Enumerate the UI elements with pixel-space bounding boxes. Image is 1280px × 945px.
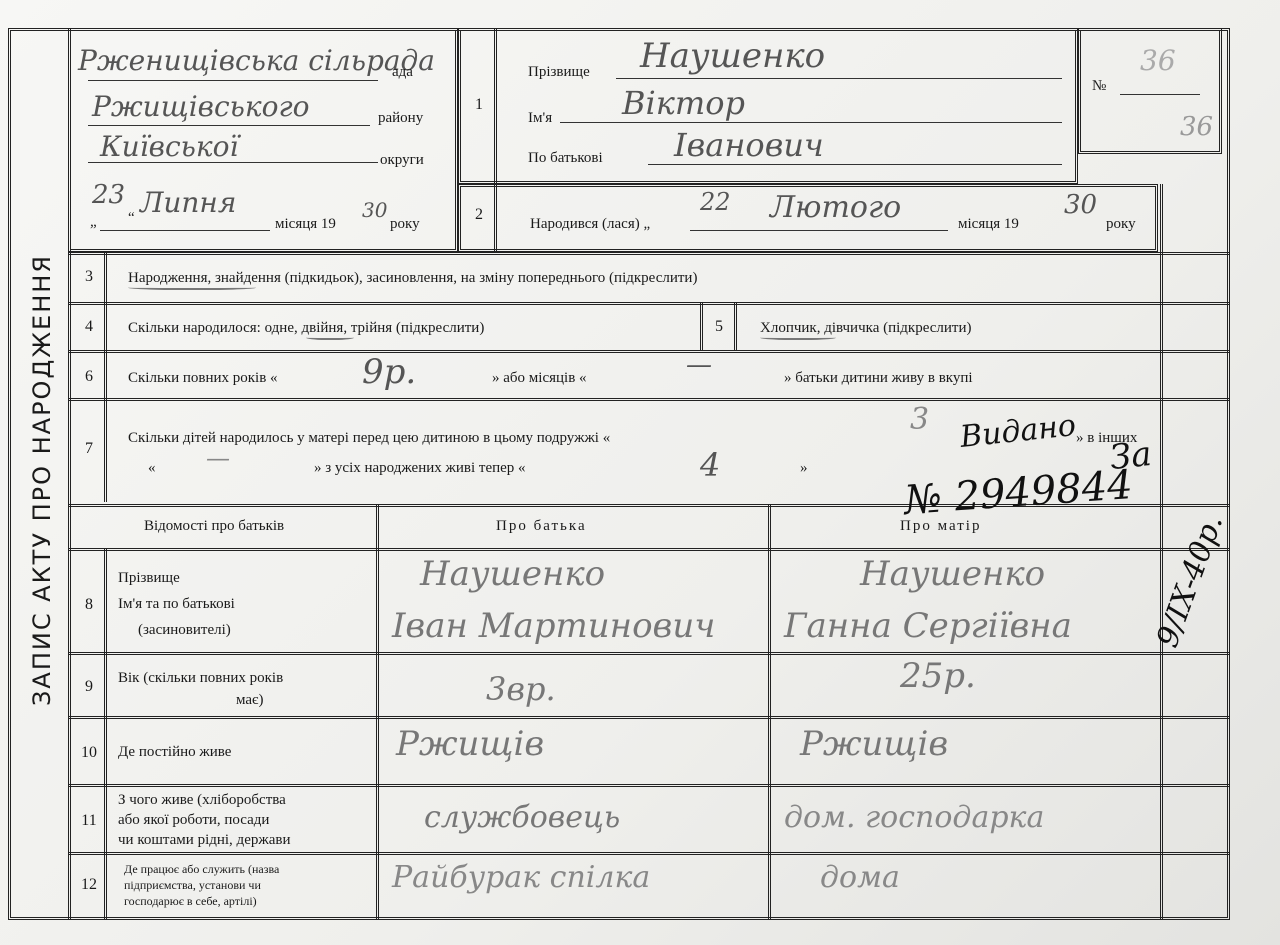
okruha-line: [88, 162, 378, 163]
record-number-line: [1120, 94, 1200, 95]
raion-label: району: [378, 110, 423, 127]
children-alive-value: 4: [700, 446, 720, 484]
name-label: Ім'я: [528, 110, 552, 127]
section-4-underline: [306, 334, 354, 340]
okruha-value: Київської: [100, 130, 238, 163]
row-11-number: 11: [76, 812, 102, 830]
row-8-bottom: [68, 652, 1230, 655]
row-9-label-1: Вік (скільки повних років: [118, 670, 283, 687]
okruha-label: округи: [380, 152, 424, 169]
patronymic-value: Іванович: [674, 126, 824, 164]
row-8-label-2: Ім'я та по батькові: [118, 596, 235, 613]
born-day-value: 22: [700, 188, 731, 216]
row-11-label-3: чи коштами рідні, держави: [118, 832, 290, 849]
surname-label: Прізвище: [528, 64, 590, 81]
year-label: року: [390, 216, 420, 233]
patronymic-line: [648, 164, 1062, 165]
years-together-value: 9р.: [362, 352, 416, 392]
row-9-bottom: [68, 716, 1230, 719]
section-3-underline: [128, 284, 256, 290]
section-5-underline: [760, 334, 836, 340]
name-value: Віктор: [622, 84, 745, 122]
raion-value: Ржищівського: [92, 90, 310, 123]
section-6-text-c: » батьки дитини живу в вкупі: [784, 370, 973, 387]
section-3-number: 3: [76, 268, 102, 286]
father-surname: Наушенко: [420, 554, 605, 594]
mother-age: 25р.: [900, 656, 976, 696]
section-5-num-divider: [734, 302, 737, 350]
section-7-top: [68, 398, 1230, 401]
section-4-top: [68, 302, 1230, 305]
mother-name: Ганна Сергіївна: [784, 606, 1072, 646]
parents-header-bottom: [68, 548, 1230, 551]
row-12-number: 12: [76, 876, 102, 894]
father-age: 3вр.: [486, 670, 556, 708]
record-number-top: 36: [1140, 44, 1176, 77]
row-10-bottom: [68, 784, 1230, 787]
row-11-label-2: або якої роботи, посади: [118, 812, 269, 829]
section-6-text-b: » або місяців «: [492, 370, 587, 387]
row-12-label-1: Де працює або служить (назва: [124, 862, 279, 877]
born-year-value: 30: [1064, 190, 1097, 220]
record-number-bottom: 36: [1180, 112, 1213, 142]
header-father: Про батька: [496, 518, 587, 535]
row-12-label-3: господарює в себе, артілі): [124, 894, 257, 909]
father-name: Іван Мартинович: [392, 606, 715, 646]
row-9-number: 9: [76, 678, 102, 696]
section-6-text-a: Скільки повних років «: [128, 370, 278, 387]
months-together-value: —: [686, 350, 712, 380]
section-5-number: 5: [706, 318, 732, 336]
mother-workplace: дома: [820, 860, 900, 895]
mother-occupation: дом. господарка: [784, 800, 1044, 835]
born-month-label: місяця 19: [958, 216, 1019, 233]
patronymic-label: По батькові: [528, 150, 603, 167]
section-7-number: 7: [76, 440, 102, 458]
row-11-bottom: [68, 852, 1230, 855]
rada-value: Рженищівська сільрада: [78, 44, 435, 77]
rada-label: ада: [392, 64, 413, 81]
row-9-label-2: має): [236, 692, 263, 709]
section-7-line1: Скільки дітей народилось у матері перед …: [128, 430, 610, 447]
row-8-number: 8: [76, 596, 102, 614]
section-6-number: 6: [76, 368, 102, 386]
raion-line: [88, 125, 370, 126]
num-col-divider: [104, 252, 107, 502]
date-day-value: 23: [92, 180, 125, 210]
mother-surname: Наушенко: [860, 554, 1045, 594]
side-title-text: ЗАПИС АКТУ ПРО НАРОДЖЕННЯ: [28, 254, 56, 706]
father-occupation: службовець: [424, 800, 620, 835]
born-month-value: Лютого: [770, 190, 901, 225]
children-this-marriage-value: 3: [910, 402, 929, 437]
header-parents-info: Відомості про батьків: [144, 518, 284, 535]
row-8-label-3: (засиновителі): [138, 622, 231, 639]
section-4-number: 4: [76, 318, 102, 336]
section-2-number: 2: [466, 206, 492, 224]
section-6-top: [68, 350, 1230, 353]
col-divider-2: [768, 504, 771, 920]
row-8-label-1: Прізвище: [118, 570, 180, 587]
mother-residence: Ржищів: [800, 724, 948, 764]
born-line: [690, 230, 948, 231]
rada-line: [88, 80, 378, 81]
surname-value: Наушенко: [640, 36, 825, 76]
date-year-value: 30: [362, 198, 387, 222]
name-line: [560, 122, 1062, 123]
date-quote-open: „: [90, 214, 97, 231]
row-10-number: 10: [76, 744, 102, 762]
section-3-top: [68, 252, 1230, 255]
side-title: ЗАПИС АКТУ ПРО НАРОДЖЕННЯ: [22, 200, 62, 760]
record-number-label: №: [1092, 78, 1106, 95]
right-margin-divider: [1160, 184, 1163, 920]
born-year-label: року: [1106, 216, 1136, 233]
month-label: місяця 19: [275, 216, 336, 233]
surname-line: [616, 78, 1062, 79]
row-11-label-1: З чого живе (хліборобства: [118, 792, 286, 809]
section-7-line2-a: «: [148, 460, 156, 477]
col-divider-1: [376, 504, 379, 920]
row-12-label-2: підприємства, установи чи: [124, 878, 261, 893]
rows-num-divider: [104, 548, 107, 920]
date-quote-close: “: [128, 210, 135, 227]
children-other-value: —: [206, 444, 230, 472]
section-7-line2-b: » з усіх народжених живі тепер «: [314, 460, 526, 477]
father-residence: Ржищів: [396, 724, 544, 764]
date-month-value: Липня: [140, 186, 236, 219]
born-label: Народився (лася) „: [530, 216, 650, 233]
birth-record-document: ЗАПИС АКТУ ПРО НАРОДЖЕННЯ Рженищівська с…: [0, 0, 1280, 945]
father-workplace: Райбурак спілка: [392, 860, 650, 895]
row-10-label-1: Де постійно живе: [118, 744, 231, 761]
section-1-number: 1: [466, 96, 492, 114]
date-line: [100, 230, 270, 231]
section-5-left-divider: [700, 302, 703, 350]
section-7-line2-c: »: [800, 460, 808, 477]
